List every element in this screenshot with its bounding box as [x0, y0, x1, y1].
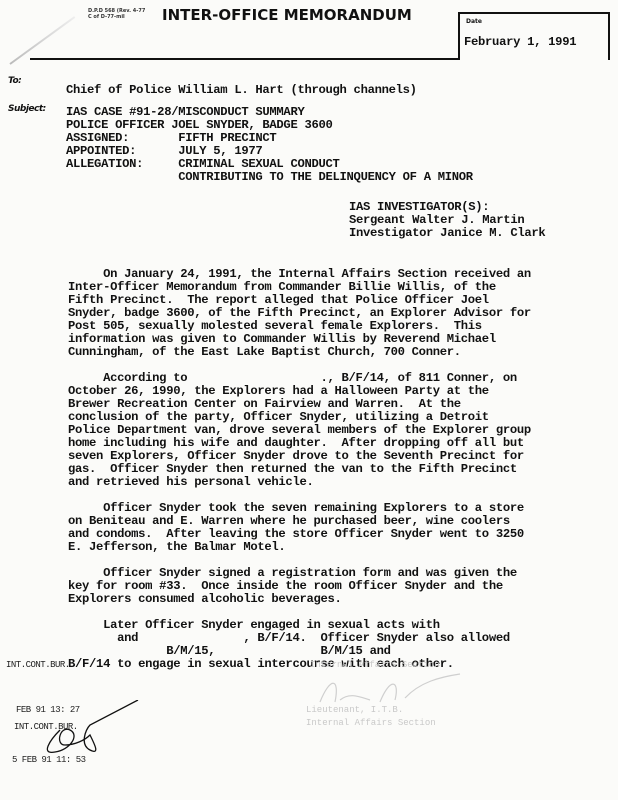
subject-line: CONTRIBUTING TO THE DELINQUENCY OF A MIN…	[66, 171, 473, 184]
received-stamp: INT.CONT.BUR.	[6, 660, 70, 670]
body-paragraph: On January 24, 1991, the Internal Affair…	[68, 268, 608, 359]
faded-signature-line: Lieutenant, I.T.B.	[306, 705, 403, 715]
faded-signature-icon	[310, 672, 480, 707]
to-label: To:	[8, 76, 21, 86]
investigator-name: Investigator Janice M. Clark	[349, 227, 545, 240]
faded-signature-title: Internal Affairs Section	[310, 660, 440, 670]
subject-label: Subject:	[8, 104, 46, 114]
header-rule	[30, 58, 460, 60]
body-paragraph: Officer Snyder signed a registration for…	[68, 567, 608, 606]
investigators-block: IAS INVESTIGATOR(S): Sergeant Walter J. …	[349, 201, 545, 240]
date-label: Date	[466, 18, 482, 25]
faded-signature-line: Internal Affairs Section	[306, 718, 436, 728]
to-recipient: Chief of Police William L. Hart (through…	[66, 84, 417, 97]
initials-signature-icon	[30, 700, 150, 760]
memo-title: INTER-OFFICE MEMORANDUM	[162, 6, 412, 24]
body-paragraph: According to ., B/F/14, of 811 Conner, o…	[68, 372, 608, 489]
date-value: February 1, 1991	[464, 36, 576, 49]
form-number: D.P.D 568 (Rev. 4-77 C of D-77-mil	[88, 8, 145, 20]
memo-body: On January 24, 1991, the Internal Affair…	[68, 268, 608, 684]
body-paragraph: Officer Snyder took the seven remaining …	[68, 502, 608, 554]
subject-block: IAS CASE #91-28/MISCONDUCT SUMMARY POLIC…	[66, 106, 473, 184]
